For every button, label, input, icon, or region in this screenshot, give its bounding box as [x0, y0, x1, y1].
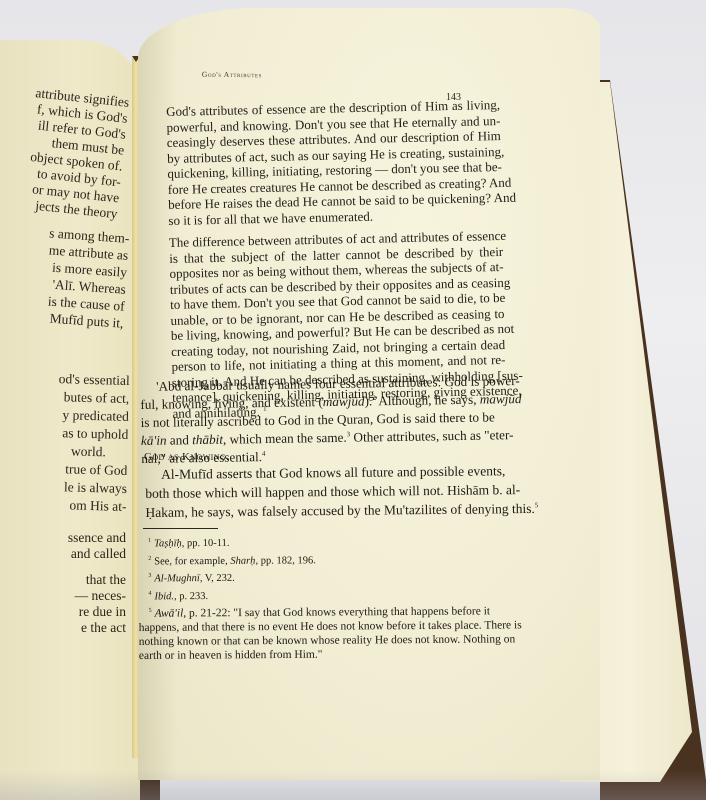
- text-fragment: Other attributes, such as "eter-: [350, 427, 514, 445]
- italic-term: Al-Mughnī: [154, 573, 200, 584]
- italic-term: thābit: [192, 432, 223, 447]
- italic-term: Ibid.: [154, 591, 174, 602]
- section-heading: God as Knowing.: [144, 451, 229, 463]
- footnote-ref[interactable]: 4: [262, 450, 266, 458]
- footnote-text: , p. 233.: [174, 591, 208, 602]
- left-page-block-5: that the — neces- re due in e the act: [0, 572, 126, 636]
- text-fragment: ful, knowing, living, and existent (: [140, 394, 323, 412]
- left-line: e the act: [0, 620, 126, 636]
- text-fragment: Although, he says,: [376, 392, 480, 409]
- footnote-text: , pp. 10-11.: [182, 538, 230, 549]
- running-head: God's Attributes: [132, 69, 332, 80]
- text-fragment: and: [166, 432, 192, 447]
- left-line: re due in: [0, 604, 126, 620]
- italic-term: Sharḥ: [230, 555, 255, 566]
- italic-term: Taṣḥīḥ: [154, 538, 182, 549]
- left-line: and called: [0, 546, 126, 562]
- book-photo: attribute signifies f, which is God's il…: [0, 0, 706, 800]
- text-line: Ḥakam, he says, was falsely accused by t…: [145, 499, 525, 522]
- footnotes: 1Taṣḥīḥ, pp. 10-11. 2See, for example, S…: [138, 527, 539, 663]
- left-line: ssence and: [0, 530, 126, 546]
- left-page-block-4: ssence and and called: [0, 530, 126, 562]
- left-page-block-2: s among them- me attribute as is more ea…: [0, 220, 130, 332]
- left-line: — neces-: [0, 588, 126, 604]
- left-page-block-1: attribute signifies f, which is God's il…: [0, 79, 130, 222]
- italic-term: mawjūd: [323, 393, 365, 409]
- italic-term: kā'in: [141, 433, 167, 448]
- left-page: attribute signifies f, which is God's il…: [0, 40, 140, 800]
- paragraph-4: Al-Mufīd asserts that God knows all futu…: [145, 461, 526, 522]
- text-fragment: Ḥakam, he says, was falsely accused by t…: [145, 501, 534, 520]
- footnote-text: , pp. 182, 196.: [255, 555, 315, 566]
- left-line: om His at-: [0, 494, 127, 516]
- footnote-5-continuation: earth or in heaven is hidden from Him.": [139, 646, 539, 663]
- footnote-text: , V, 232.: [200, 573, 235, 584]
- left-page-block-3: od's essential butes of act, y predicate…: [0, 368, 130, 516]
- left-line: that the: [0, 572, 126, 588]
- footnote-text: , p. 21-22: "I say that God knows everyt…: [183, 605, 490, 619]
- italic-term: mawjūd: [480, 391, 522, 407]
- italic-term: Awā'il: [155, 608, 184, 620]
- text-fragment: , which mean the same.: [223, 430, 347, 447]
- table-shadow: [0, 770, 706, 800]
- footnote-5-continuation: nothing known or that can be known whose…: [139, 632, 539, 649]
- footnote-text: See, for example,: [154, 555, 230, 567]
- footnote-ref[interactable]: 5: [535, 501, 539, 509]
- paragraph-1: God's attributes of essence are the desc…: [166, 97, 503, 228]
